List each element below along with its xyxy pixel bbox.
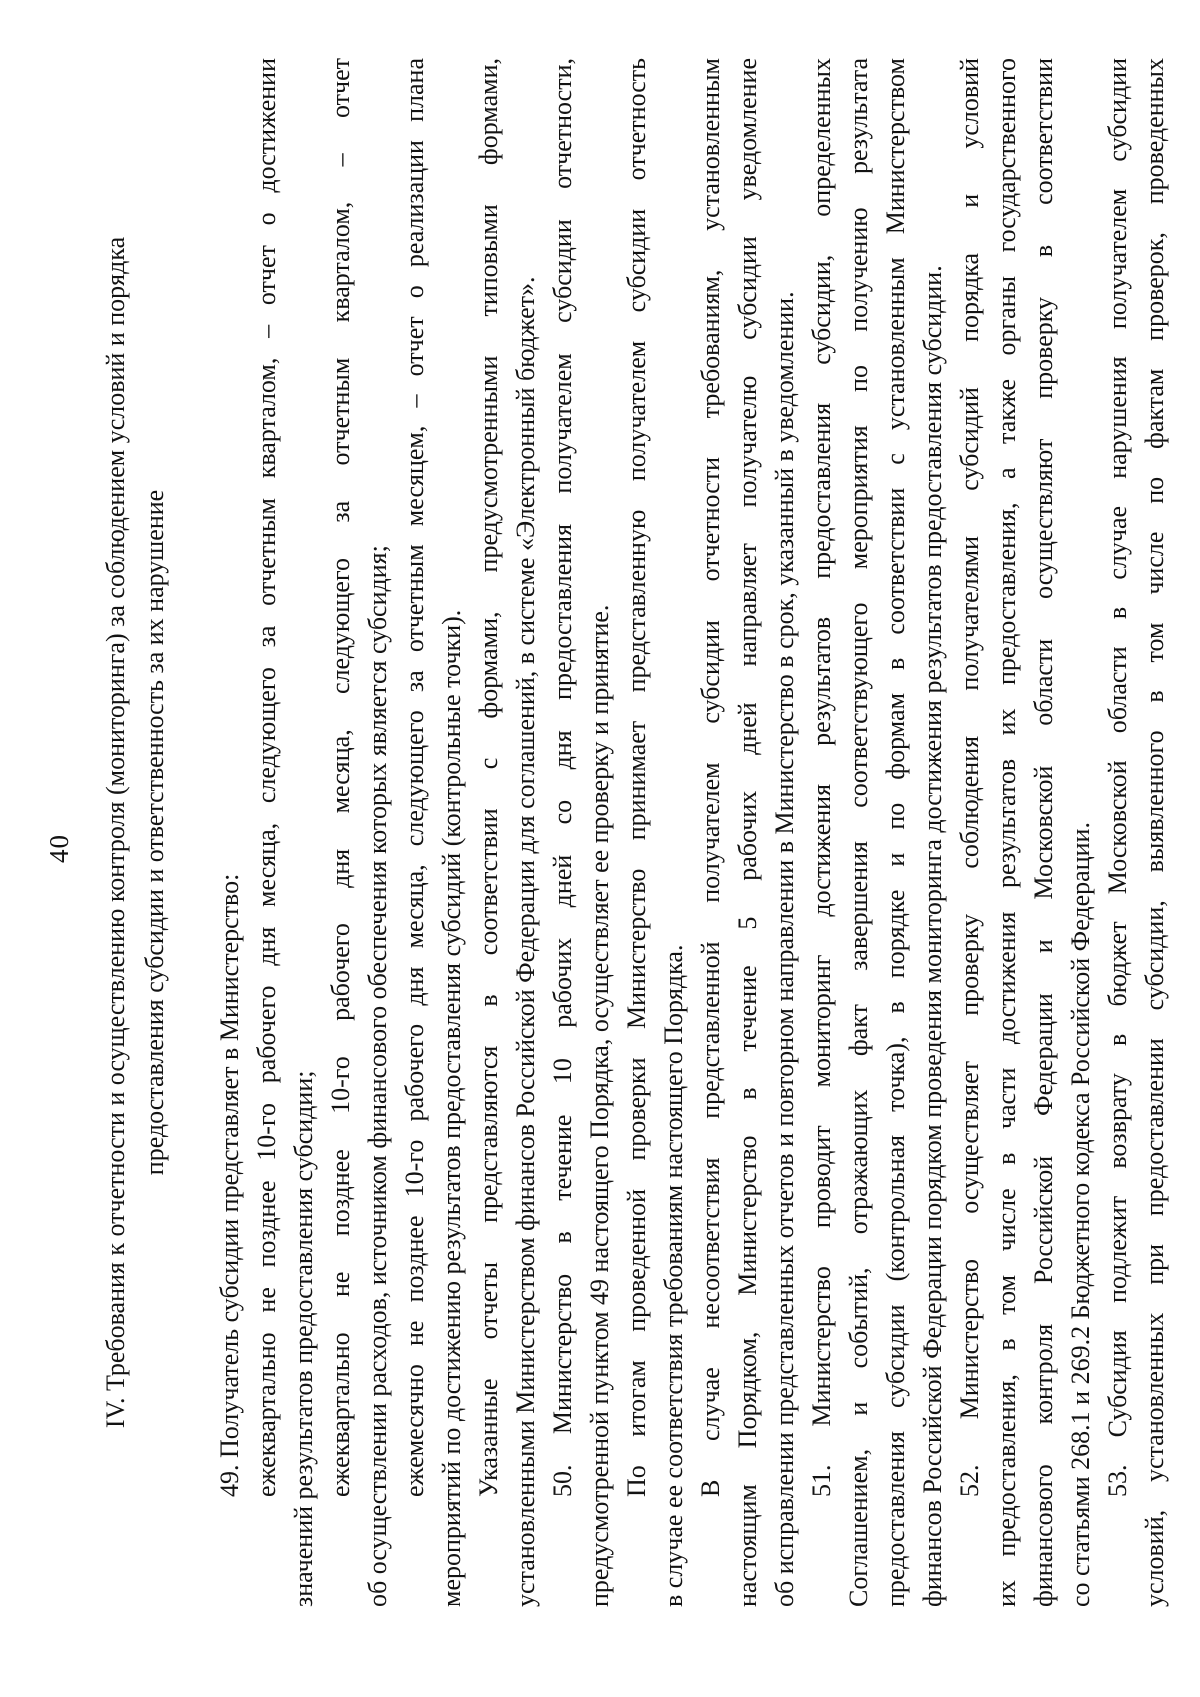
- body-line: Указанные отчеты представляются в соотве…: [470, 58, 507, 1607]
- body-line: По итогам проведенной проверки Министерс…: [618, 58, 655, 1607]
- body-line: установленными Министерством финансов Ро…: [507, 58, 544, 1607]
- body-line: финансов Российской Федерации порядком п…: [914, 58, 951, 1607]
- body-line: мероприятий по достижению результатов пр…: [433, 58, 470, 1607]
- body-line: Соглашением, и событий, отражающих факт …: [840, 58, 877, 1607]
- rotated-page-sheet: 40 IV. Требования к отчетности и осущест…: [0, 0, 1200, 1697]
- page-content: IV. Требования к отчетности и осуществле…: [96, 58, 1173, 1607]
- document-body: 49. Получатель субсидии представляет в М…: [211, 58, 1173, 1607]
- section-title: IV. Требования к отчетности и осуществле…: [96, 58, 174, 1607]
- body-line: 53. Субсидия подлежит возврату в бюджет …: [1099, 58, 1136, 1607]
- section-title-line-1: IV. Требования к отчетности и осуществле…: [96, 58, 135, 1607]
- body-line: условий, установленных при предоставлени…: [1136, 58, 1173, 1607]
- body-line: финансового контроля Российской Федераци…: [1025, 58, 1062, 1607]
- body-line: в случае ее соответствия требованиям нас…: [655, 58, 692, 1607]
- body-line: их предоставления, в том числе в части д…: [988, 58, 1025, 1607]
- body-line: со статьями 268.1 и 269.2 Бюджетного код…: [1062, 58, 1099, 1607]
- body-line: значений результатов предоставления субс…: [285, 58, 322, 1607]
- body-line: об осуществлении расходов, источником фи…: [359, 58, 396, 1607]
- page-number: 40: [44, 0, 75, 1697]
- body-line: настоящим Порядком, Министерство в течен…: [729, 58, 766, 1607]
- body-line: ежемесячно не позднее 10-го рабочего дня…: [396, 58, 433, 1607]
- body-line: ежеквартально не позднее 10-го рабочего …: [322, 58, 359, 1607]
- body-line: 51. Министерство проводит мониторинг дос…: [803, 58, 840, 1607]
- scanned-document-page: 40 IV. Требования к отчетности и осущест…: [0, 0, 1200, 1697]
- section-title-line-2: предоставления субсидии и ответственност…: [135, 58, 174, 1607]
- body-line: ежеквартально не позднее 10-го рабочего …: [248, 58, 285, 1607]
- body-line: 52. Министерство осуществляет проверку с…: [951, 58, 988, 1607]
- body-line: В случае несоответствия представленной п…: [692, 58, 729, 1607]
- body-line: об исправлении представленных отчетов и …: [766, 58, 803, 1607]
- body-line: 49. Получатель субсидии представляет в М…: [211, 58, 248, 1607]
- body-line: предоставления субсидии (контрольная точ…: [877, 58, 914, 1607]
- body-line: 50. Министерство в течение 10 рабочих дн…: [544, 58, 581, 1607]
- body-line: предусмотренной пунктом 49 настоящего По…: [581, 58, 618, 1607]
